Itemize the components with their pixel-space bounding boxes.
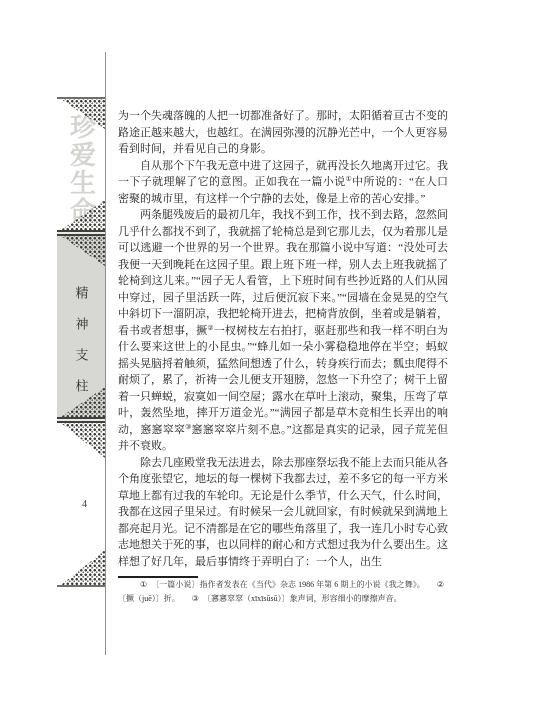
footnote-entry: ③〔窸窸窣窣（xīxīsūsū）〕象声词，形容细小的摩擦声音。 [192,594,402,603]
section-label: 精神支柱 [72,236,91,410]
footnote-marker: ③ [192,594,199,603]
footnotes: ①〔一篇小说〕指作者发表在《当代》杂志 1986 年第 6 期上的小说《我之舞》… [118,578,448,606]
lesson-text-area: 为一个失魂落魄的人把一切都准备好了。那时，太阳循着亘古不变的路途正越来越大，也越… [118,108,448,606]
paragraph: 除去几座殿堂我无法进去，除去那座祭坛我不能上去而只能从各个角度张望它，地坛的每一… [118,455,448,571]
footnote-ref-marker: ② [207,324,213,332]
textbook-page: 珍爱生命 精神支柱 4 为一个失魂落魄的人把一切都准备好了。那时，太阳循着亘古不… [0,0,550,711]
lace-corner-ornament-icon [61,550,105,585]
article-body: 为一个失魂落魄的人把一切都准备好了。那时，太阳循着亘古不变的路途正越来越大，也越… [118,108,448,570]
unit-watermark-panel: 珍爱生命 [57,99,105,230]
paragraph: 自从那个下午我无意中进了这园子，就再没长久地离开过它。我一下子就理解了它的意图。… [118,158,448,208]
sidebar-bottom-spacer [57,587,105,650]
sidebar: 珍爱生命 精神支柱 4 [57,52,106,655]
footnote-marker: ② [437,580,444,589]
page-number-panel: 4 [57,423,105,585]
footnote-ref-marker: ① [345,175,352,183]
paragraph: 两条腿残废后的最初几年，我找不到工作，找不到去路，忽然间几乎什么都找不到了，我就… [118,207,448,455]
paragraph: 为一个失魂落魄的人把一切都准备好了。那时，太阳循着亘古不变的路途正越来越大，也越… [118,108,448,158]
section-label-panel: 精神支柱 [57,236,105,417]
sidebar-top-spacer [57,52,105,97]
footnote-marker: ① [140,580,147,589]
footnote-entry: ①〔一篇小说〕指作者发表在《当代》杂志 1986 年第 6 期上的小说《我之舞》… [140,580,425,589]
footnote-ref-marker: ③ [185,423,191,431]
